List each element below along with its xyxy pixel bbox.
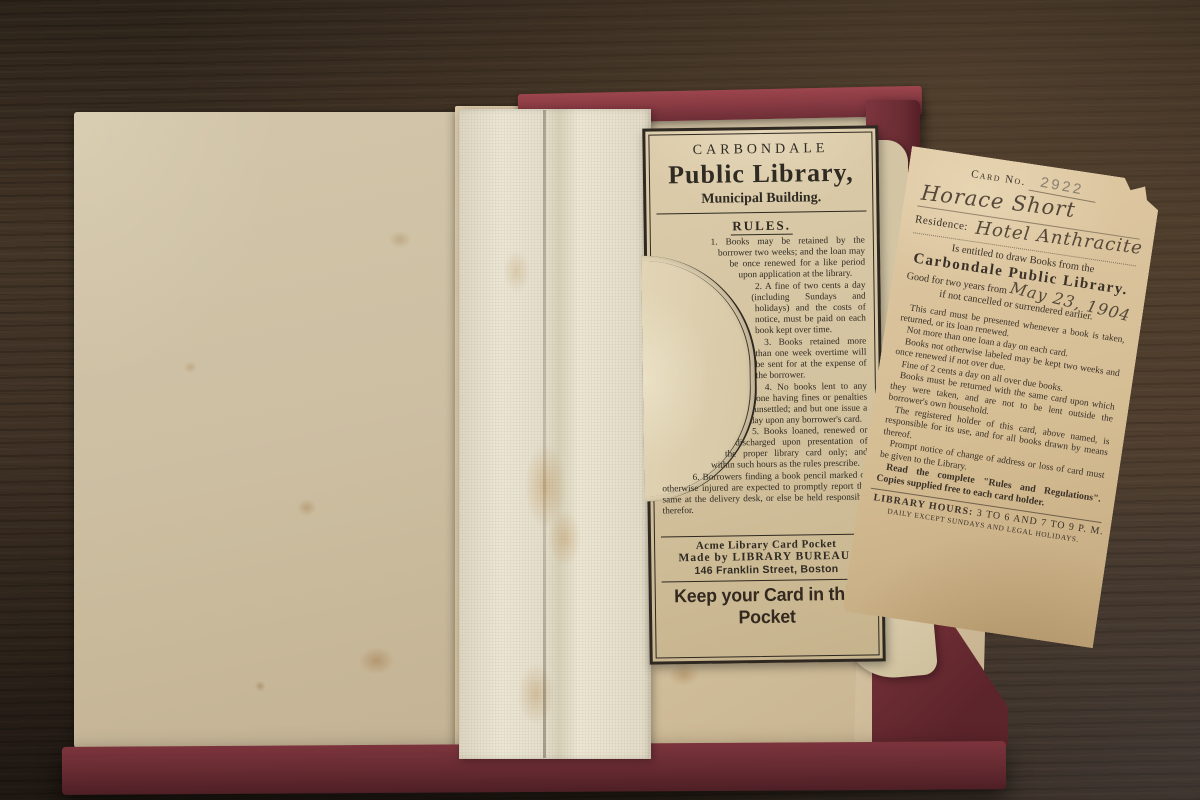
cloth-hinge-tape (459, 109, 651, 759)
card-number-label: Card No. (970, 168, 1027, 188)
wood-desk-background: CARBONDALE Public Library, Municipal Bui… (0, 0, 1200, 800)
pocket-rule-6: 6. Borrowers finding a book pencil marke… (662, 471, 869, 518)
pocket-city-name: CARBONDALE (657, 141, 863, 160)
pocket-rules-text: 1. Books may be retained by the borrower… (659, 236, 869, 537)
pocket-header: CARBONDALE Public Library, Municipal Bui… (657, 141, 864, 214)
pocket-printed-label: CARBONDALE Public Library, Municipal Bui… (648, 131, 879, 658)
card-rules-text: This card must be presented whenever a b… (876, 302, 1126, 518)
pocket-rules-title: RULES. (659, 216, 865, 237)
pocket-maker-block: Acme Library Card Pocket Made by LIBRARY… (663, 538, 870, 582)
book-left-endpaper (74, 112, 462, 750)
pocket-library-name: Public Library, (658, 158, 864, 191)
pocket-building-name: Municipal Building. (658, 190, 864, 214)
pocket-footer-slogan: Keep your Card in this Pocket (668, 583, 866, 630)
card-residence-label: Residence: (914, 213, 968, 233)
hinge-gutter-seam (543, 110, 546, 758)
